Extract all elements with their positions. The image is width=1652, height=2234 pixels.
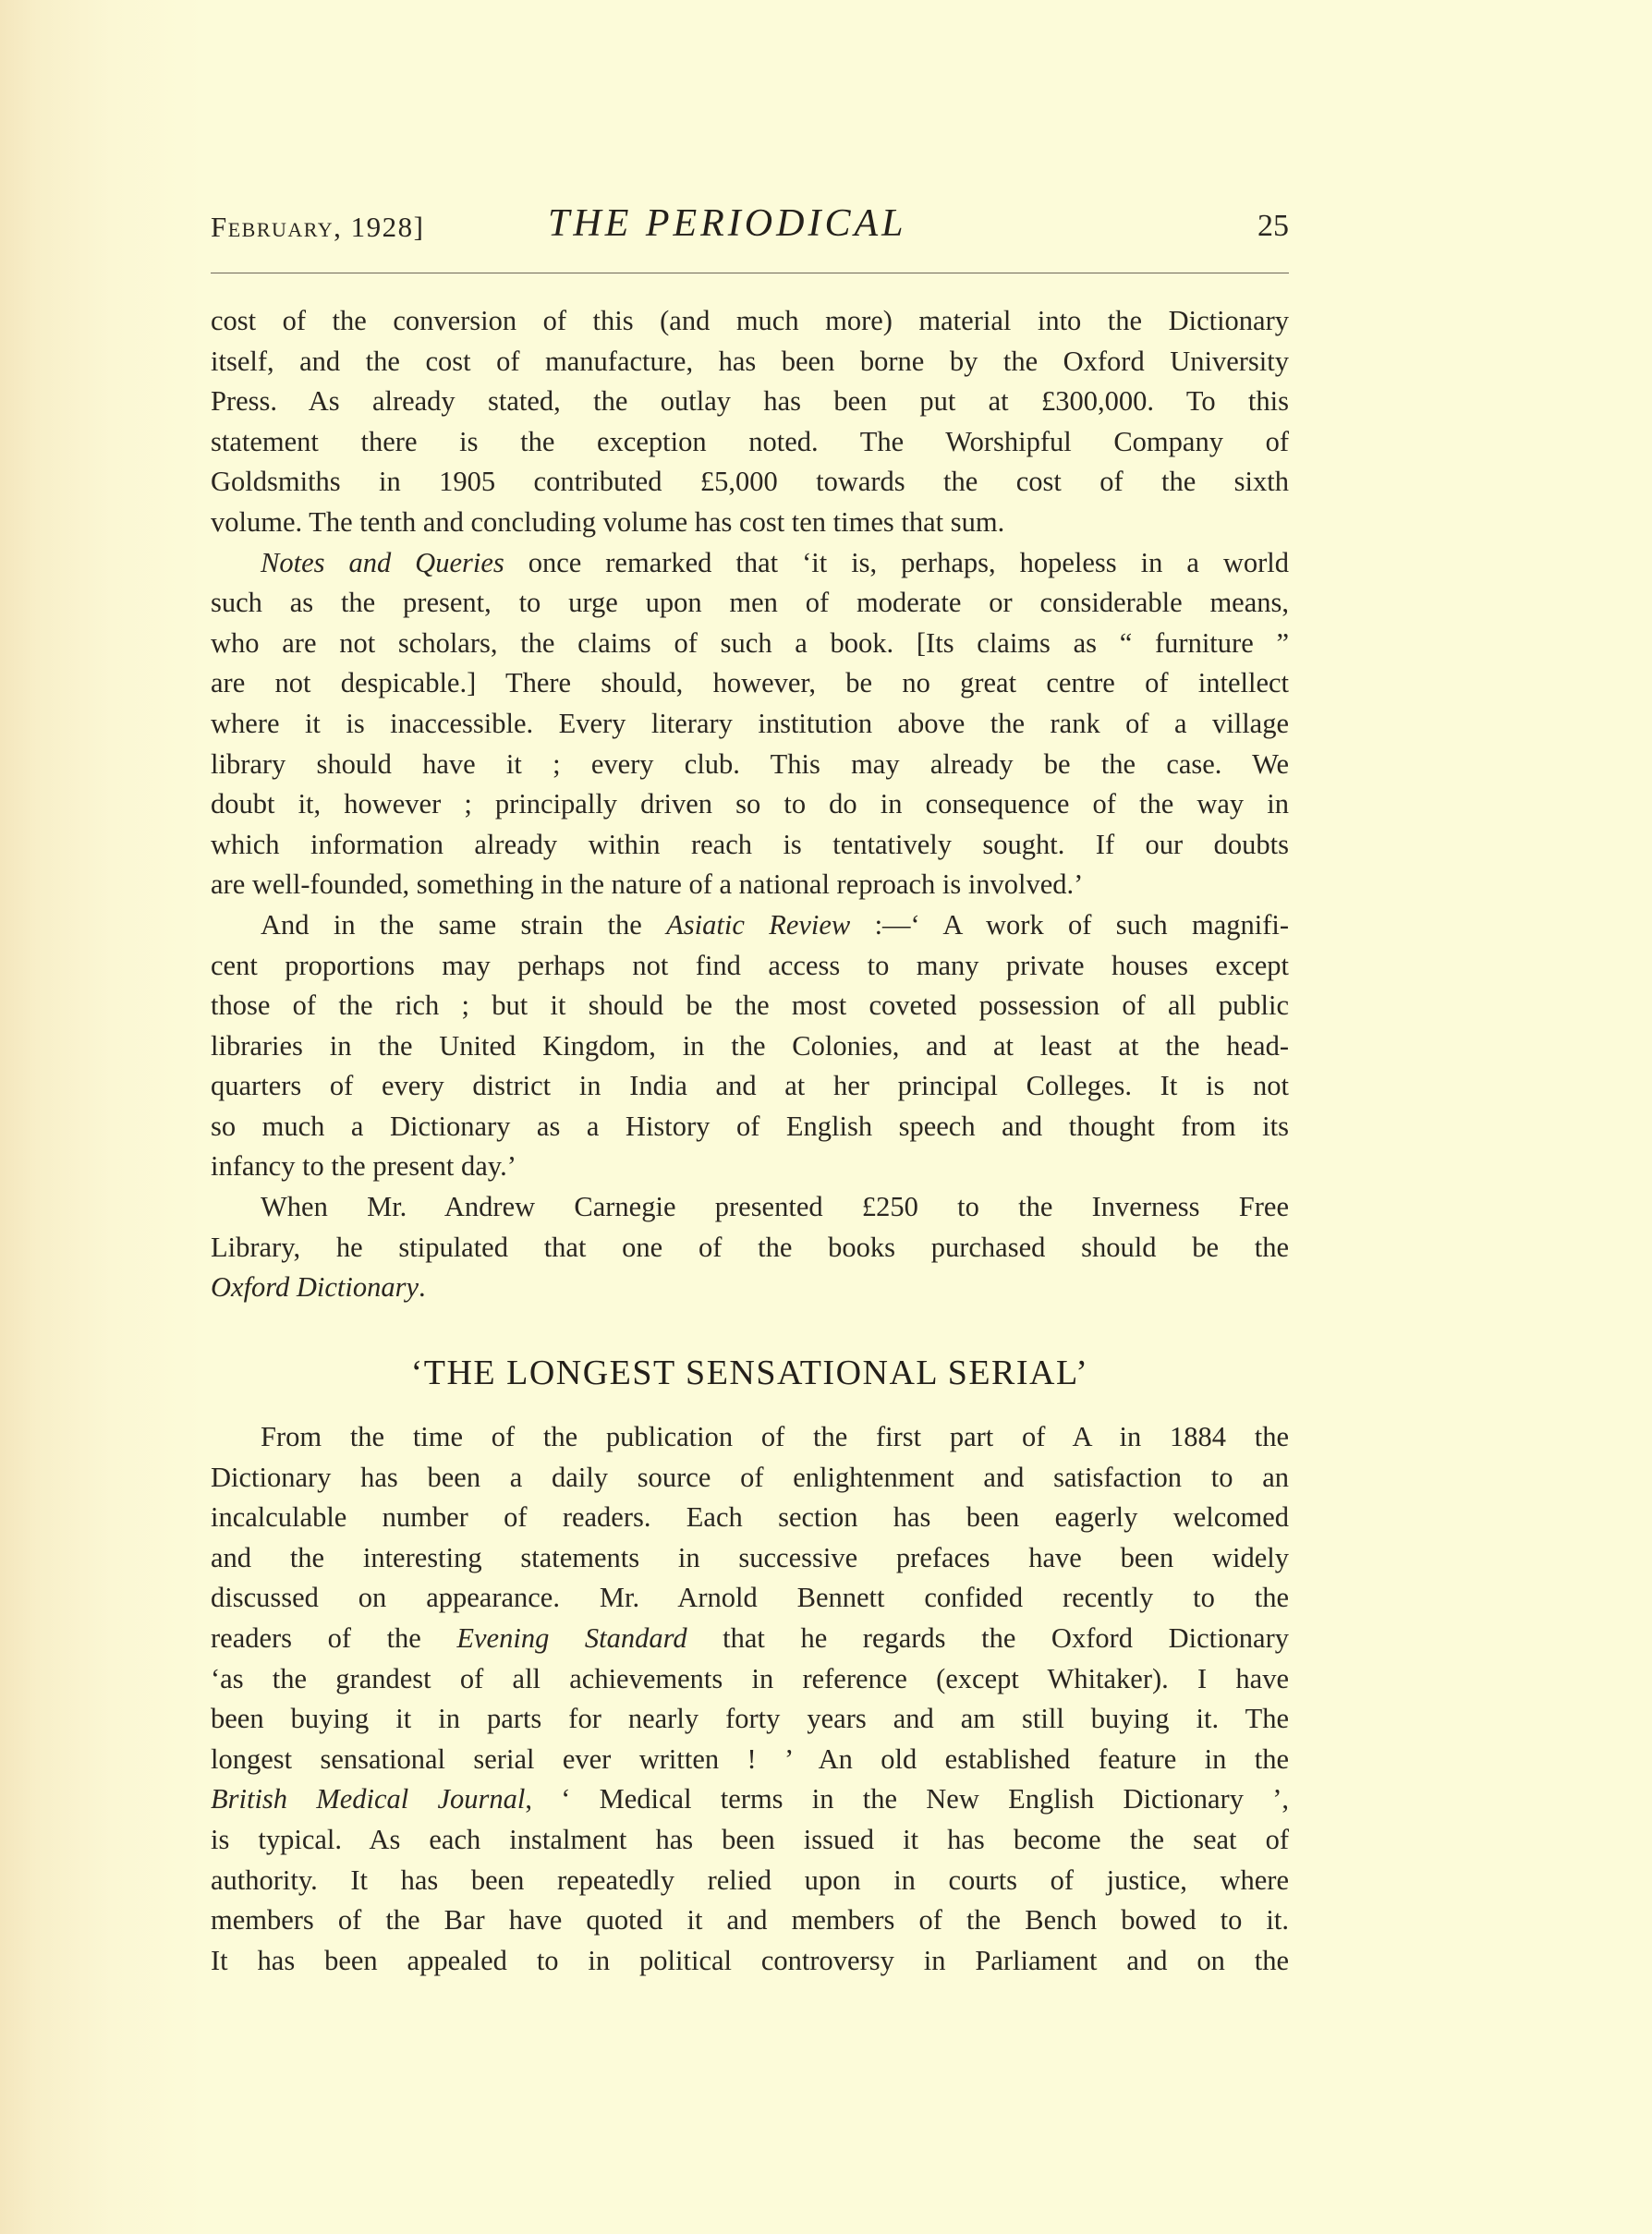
text-run: And in the same strain the: [261, 909, 666, 941]
text-line: longest sensational serial ever written …: [211, 1740, 1289, 1780]
text-run: those of the rich ; but it should be the…: [211, 990, 1289, 1021]
text-line: members of the Bar have quoted it and me…: [211, 1900, 1289, 1941]
text-run: It has been appealed to in political con…: [211, 1945, 1289, 1976]
paragraph: Notes and Queries once remarked that ‘it…: [211, 543, 1289, 905]
text-line: statement there is the exception noted. …: [211, 422, 1289, 463]
text-line: Goldsmiths in 1905 contributed £5,000 to…: [211, 462, 1289, 503]
text-line: Library, he stipulated that one of the b…: [211, 1228, 1289, 1269]
text-run: members of the Bar have quoted it and me…: [211, 1904, 1289, 1936]
text-run: ‘as the grandest of all achievements in …: [211, 1663, 1289, 1694]
text-run: infancy to the present day.’: [211, 1150, 516, 1182]
running-head: February, 1928] THE PERIODICAL 25: [211, 201, 1289, 248]
text-line: ‘as the grandest of all achievements in …: [211, 1659, 1289, 1700]
text-line: such as the present, to urge upon men of…: [211, 583, 1289, 624]
text-run: been buying it in parts for nearly forty…: [211, 1703, 1289, 1734]
italic-title: Oxford Dictionary: [211, 1271, 419, 1303]
text-run: where it is inaccessible. Every literary…: [211, 708, 1289, 739]
text-line: cost of the conversion of this (and much…: [211, 301, 1289, 342]
text-line: incalculable number of readers. Each sec…: [211, 1498, 1289, 1538]
text-line: readers of the Evening Standard that he …: [211, 1619, 1289, 1659]
section-heading: ‘THE LONGEST SENSATIONAL SERIAL’: [211, 1353, 1289, 1393]
text-run: cent proportions may perhaps not find ac…: [211, 950, 1289, 981]
italic-title: Asiatic Review: [666, 909, 850, 941]
text-run: cost of the conversion of this (and much…: [211, 305, 1289, 336]
text-run: are not despicable.] There should, howev…: [211, 667, 1289, 698]
text-run: .: [419, 1271, 426, 1303]
text-run: discussed on appearance. Mr. Arnold Benn…: [211, 1582, 1289, 1613]
text-line: discussed on appearance. Mr. Arnold Benn…: [211, 1578, 1289, 1619]
text-line: Oxford Dictionary.: [211, 1268, 1289, 1308]
text-line: Notes and Queries once remarked that ‘it…: [211, 543, 1289, 584]
text-run: longest sensational serial ever written …: [211, 1743, 1289, 1775]
text-run: authority. It has been repeatedly relied…: [211, 1864, 1289, 1896]
text-run: and the interesting statements in succes…: [211, 1542, 1289, 1573]
text-line: British Medical Journal, ‘ Medical terms…: [211, 1779, 1289, 1820]
text-line: doubt it, however ; principally driven s…: [211, 784, 1289, 825]
text-line: infancy to the present day.’: [211, 1147, 1289, 1187]
paragraph: From the time of the publication of the …: [211, 1417, 1289, 1981]
text-run: readers of the: [211, 1622, 456, 1654]
paragraph: When Mr. Andrew Carnegie presented £250 …: [211, 1187, 1289, 1308]
page-number: 25: [1257, 209, 1289, 244]
text-line: libraries in the United Kingdom, in the …: [211, 1026, 1289, 1067]
issue-date: February, 1928]: [211, 211, 424, 244]
text-line: itself, and the cost of manufacture, has…: [211, 342, 1289, 382]
text-line: so much a Dictionary as a History of Eng…: [211, 1107, 1289, 1147]
text-run: library should have it ; every club. Thi…: [211, 748, 1289, 780]
text-line: are not despicable.] There should, howev…: [211, 663, 1289, 704]
text-run: , ‘ Medical terms in the New English Dic…: [525, 1783, 1289, 1815]
italic-title: British Medical Journal: [211, 1783, 525, 1815]
header-rule: [211, 273, 1289, 273]
text-run: Goldsmiths in 1905 contributed £5,000 to…: [211, 466, 1289, 497]
text-run: Dictionary has been a daily source of en…: [211, 1462, 1289, 1493]
text-run: that he regards the Oxford Dictionary: [687, 1622, 1289, 1654]
text-run: so much a Dictionary as a History of Eng…: [211, 1111, 1289, 1142]
text-run: statement there is the exception noted. …: [211, 426, 1289, 457]
text-line: library should have it ; every club. Thi…: [211, 745, 1289, 785]
text-line: and the interesting statements in succes…: [211, 1538, 1289, 1579]
text-line: cent proportions may perhaps not find ac…: [211, 946, 1289, 987]
text-run: are well-founded, something in the natur…: [211, 868, 1083, 900]
text-line: Press. As already stated, the outlay has…: [211, 382, 1289, 422]
paragraph: And in the same strain the Asiatic Revie…: [211, 905, 1289, 1187]
text-run: volume. The tenth and concluding volume …: [211, 506, 1004, 538]
text-line: It has been appealed to in political con…: [211, 1941, 1289, 1982]
text-run: who are not scholars, the claims of such…: [211, 627, 1289, 659]
text-run: incalculable number of readers. Each sec…: [211, 1501, 1289, 1533]
text-run: libraries in the United Kingdom, in the …: [211, 1030, 1289, 1062]
text-line: volume. The tenth and concluding volume …: [211, 503, 1289, 543]
text-run: which information already within reach i…: [211, 829, 1289, 860]
text-run: doubt it, however ; principally driven s…: [211, 788, 1289, 820]
text-run: From the time of the publication of the …: [261, 1421, 1289, 1452]
text-run: When Mr. Andrew Carnegie presented £250 …: [261, 1191, 1289, 1222]
periodical-title: THE PERIODICAL: [548, 201, 906, 246]
text-line: which information already within reach i…: [211, 825, 1289, 866]
text-run: Library, he stipulated that one of the b…: [211, 1232, 1289, 1263]
text-line: who are not scholars, the claims of such…: [211, 624, 1289, 664]
text-line: And in the same strain the Asiatic Revie…: [211, 905, 1289, 946]
italic-title: Notes and Queries: [261, 547, 504, 578]
text-line: From the time of the publication of the …: [211, 1417, 1289, 1458]
text-run: Press. As already stated, the outlay has…: [211, 385, 1289, 417]
text-line: those of the rich ; but it should be the…: [211, 986, 1289, 1026]
text-run: :—‘ A work of such magnifi-: [850, 909, 1289, 941]
text-run: such as the present, to urge upon men of…: [211, 587, 1289, 618]
text-run: quarters of every district in India and …: [211, 1070, 1289, 1101]
italic-title: Evening Standard: [456, 1622, 686, 1654]
text-run: once remarked that ‘it is, perhaps, hope…: [504, 547, 1289, 578]
paragraph: cost of the conversion of this (and much…: [211, 301, 1289, 543]
text-line: is typical. As each instalment has been …: [211, 1820, 1289, 1861]
text-line: Dictionary has been a daily source of en…: [211, 1458, 1289, 1499]
text-line: been buying it in parts for nearly forty…: [211, 1699, 1289, 1740]
text-run: is typical. As each instalment has been …: [211, 1824, 1289, 1855]
section-body-2: From the time of the publication of the …: [211, 1417, 1289, 1981]
text-line: authority. It has been repeatedly relied…: [211, 1861, 1289, 1901]
text-line: where it is inaccessible. Every literary…: [211, 704, 1289, 745]
text-line: quarters of every district in India and …: [211, 1066, 1289, 1107]
text-run: itself, and the cost of manufacture, has…: [211, 346, 1289, 377]
text-line: When Mr. Andrew Carnegie presented £250 …: [211, 1187, 1289, 1228]
section-body-1: cost of the conversion of this (and much…: [211, 301, 1289, 1308]
text-line: are well-founded, something in the natur…: [211, 865, 1289, 905]
